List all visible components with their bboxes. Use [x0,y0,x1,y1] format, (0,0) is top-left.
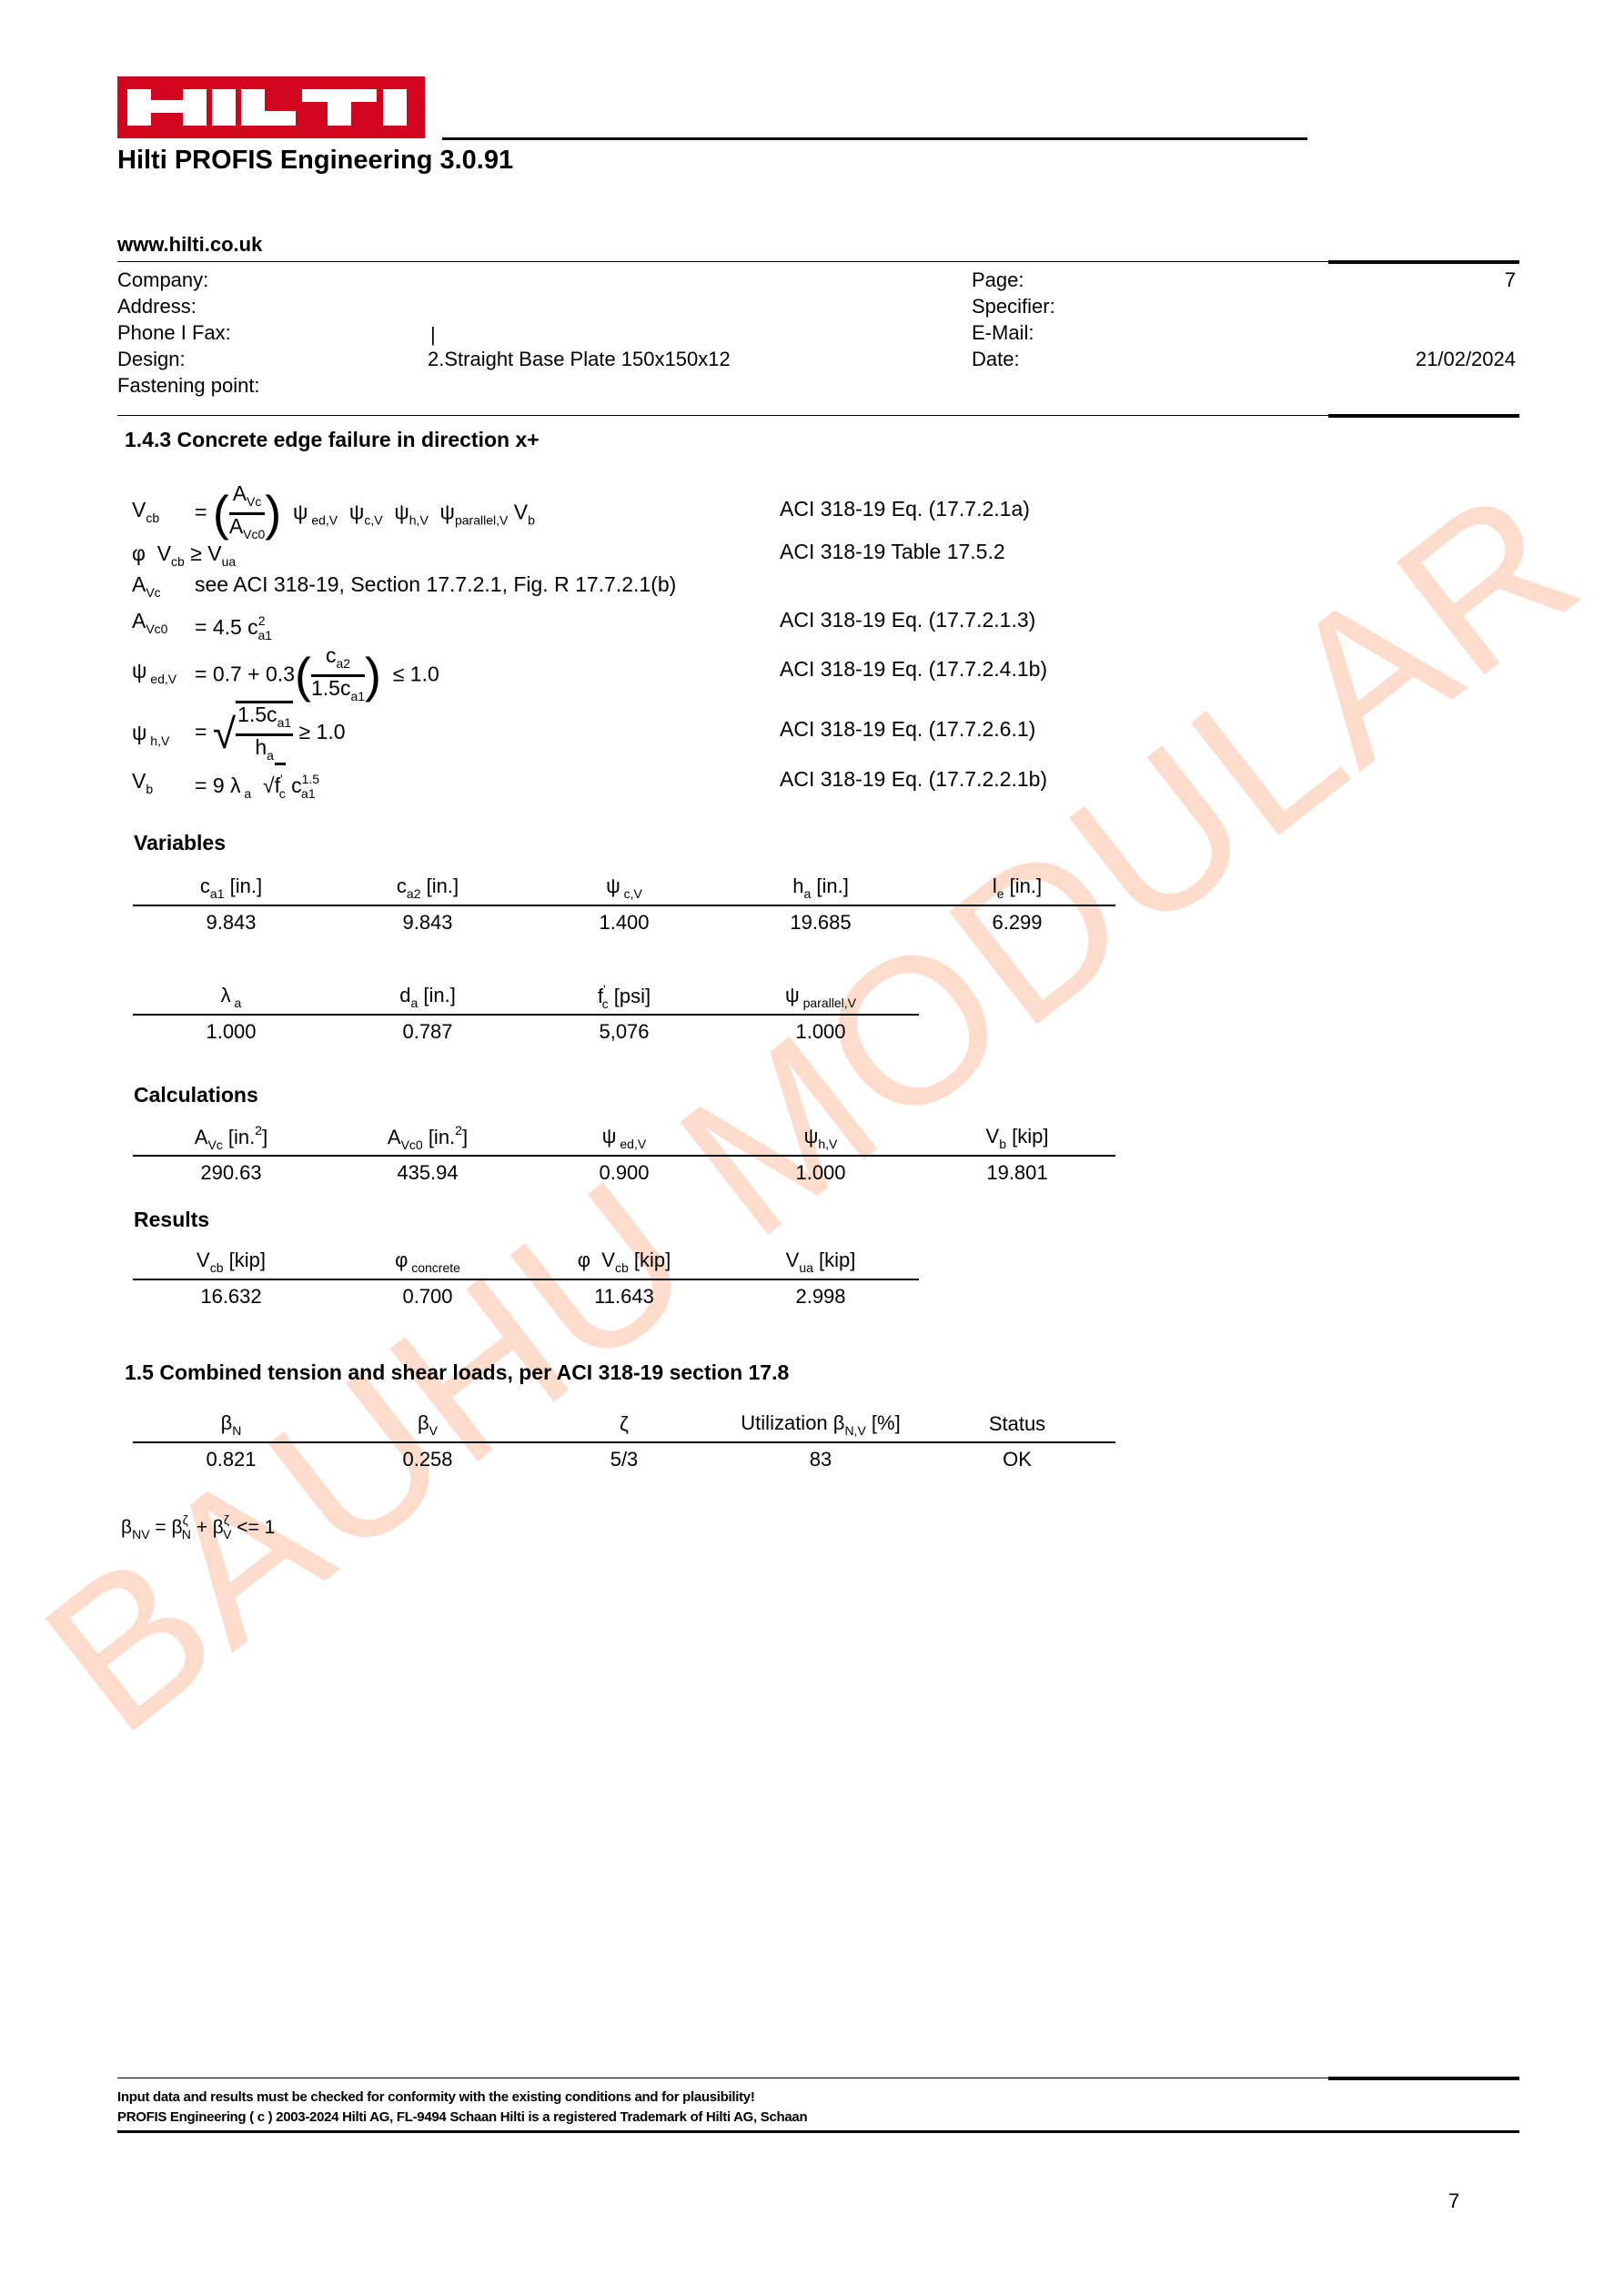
value-psi-parallel: 1.000 [722,1015,919,1046]
header-beta-v: βV [329,1409,526,1442]
table-row: 9.843 9.843 1.400 19.685 6.299 [133,905,1115,936]
combined-formula: βNV = βζN + βζV <= 1 [121,1506,275,1548]
meta-bottom-rule-thick [1328,414,1519,418]
value-avc0: 435.94 [329,1156,526,1187]
header-avc: AVc [in.2] [133,1122,329,1156]
equation-avc-text: see ACI 318-19, Section 17.7.2.1, Fig. R… [195,571,676,598]
equation-vcb: Vcb [132,496,159,531]
value-vua: 2.998 [722,1279,919,1310]
meta-phone-value: | [430,321,436,348]
header-phi-concrete: φ concrete [329,1246,526,1279]
ref-eq-2: ACI 318-19 Table 17.5.2 [780,540,1005,564]
value-psi-cv: 1.400 [526,905,722,936]
header-le: le [in.] [919,872,1115,905]
equation-psi-ed-expr: = 0.7 + 0.3(ca21.5ca1) ≤ 1.0 [195,644,439,707]
footer-top-rule-thick [1328,2077,1519,2080]
header-status: Status [919,1409,1115,1442]
equation-vb-expr: = 9 λ a √f'c c1.5a1 [195,763,316,807]
footer-bottom-rule [117,2130,1519,2133]
value-lambda-a: 1.000 [133,1015,329,1046]
header-ca2: ca2 [in.] [329,872,526,905]
variables-table-2: λ a da [in.] f'c [psi] ψ parallel,V 1.00… [133,981,919,1046]
psi-ed-prefix: = 0.7 + 0.3 [195,662,295,686]
section-title-15: 1.5 Combined tension and shear loads, pe… [125,1360,789,1385]
meta-company-label: Company: [117,267,208,293]
header-vb: Vb [kip] [919,1122,1115,1156]
header-fc: f'c [psi] [526,981,722,1015]
meta-design-label: Design: [117,346,186,372]
results-table: Vcb [kip] φ concrete φ Vcb [kip] Vua [ki… [133,1246,919,1310]
header-utilization: Utilization βN,V [%] [722,1409,919,1442]
value-ha: 19.685 [722,905,919,936]
meta-page-value: 7 [1337,267,1516,293]
calculations-title: Calculations [134,1083,258,1107]
meta-email-label: E-Mail: [972,319,1034,346]
header-ha: ha [in.] [722,872,919,905]
value-vb: 19.801 [919,1156,1115,1187]
avc0-coef: = 4.5 c [195,615,258,639]
ref-eq-6: ACI 318-19 Eq. (17.7.2.6.1) [780,717,1035,742]
ref-eq-4: ACI 318-19 Eq. (17.7.2.1.3) [780,608,1035,632]
header-psi-parallel: ψ parallel,V [722,981,919,1015]
app-title: Hilti PROFIS Engineering 3.0.91 [117,146,513,176]
meta-specifier-label: Specifier: [972,293,1055,319]
variables-title: Variables [134,831,226,855]
value-fc: 5,076 [526,1015,722,1046]
meta-top-rule-thick [1328,260,1519,264]
value-beta-n: 0.821 [133,1442,329,1473]
equation-vb: Vb [132,767,153,803]
header-beta-n: βN [133,1409,329,1442]
value-phi-concrete: 0.700 [329,1279,526,1310]
header-vua: Vua [kip] [722,1246,919,1279]
value-da: 0.787 [329,1015,526,1046]
equation-psi-h-expr: = √1.5ca1ha ≥ 1.0 [195,701,346,766]
meta-bottom-rule [117,415,1519,416]
leq-one: ≤ 1.0 [393,662,439,686]
meta-design-value: 2.Straight Base Plate 150x150x12 [428,346,731,372]
equation-vcb-expr: = (AVcAVc0) ψ ed,V ψc,V ψh,V ψparallel,V… [195,482,535,545]
meta-page-label: Page: [972,267,1024,293]
meta-date-value: 21/02/2024 [1337,346,1516,372]
header-zeta: ζ [526,1409,722,1442]
combined-table: βN βV ζ Utilization βN,V [%] Status 0.82… [133,1409,1115,1473]
equation-avc0: AVc0 [132,607,167,642]
header-psi-ed: ψ ed,V [526,1122,722,1156]
ref-eq-1: ACI 318-19 Eq. (17.7.2.1a) [780,497,1030,521]
meta-fastening-label: Fastening point: [117,372,260,399]
header-phi-vcb: φ Vcb [kip] [526,1246,722,1279]
footer-disclaimer: Input data and results must be checked f… [117,2089,755,2105]
value-psi-h: 1.000 [722,1156,919,1187]
ref-eq-5: ACI 318-19 Eq. (17.7.2.4.1b) [780,657,1047,682]
header-lambda-a: λ a [133,981,329,1015]
meta-top-rule [117,261,1519,262]
table-row: 1.000 0.787 5,076 1.000 [133,1015,919,1046]
value-le: 6.299 [919,905,1115,936]
ref-eq-7: ACI 318-19 Eq. (17.7.2.2.1b) [780,767,1047,792]
table-row: 16.632 0.700 11.643 2.998 [133,1279,919,1310]
calculations-table: AVc [in.2] AVc0 [in.2] ψ ed,V ψh,V Vb [k… [133,1122,1115,1187]
status-badge: OK [919,1442,1115,1473]
variables-table-1: ca1 [in.] ca2 [in.] ψ c,V ha [in.] le [i… [133,872,1115,936]
value-vcb: 16.632 [133,1279,329,1310]
meta-phone-label: Phone I Fax: [117,319,231,346]
equation-avc: AVc [132,571,161,606]
equation-psi-ed: ψ ed,V [132,657,177,693]
table-row: 0.821 0.258 5/3 83 OK [133,1442,1115,1473]
meta-date-label: Date: [972,346,1020,372]
value-ca2: 9.843 [329,905,526,936]
header-avc0: AVc0 [in.2] [329,1122,526,1156]
value-utilization: 83 [722,1442,919,1473]
header-vcb: Vcb [kip] [133,1246,329,1279]
value-psi-ed: 0.900 [526,1156,722,1187]
header-psi-cv: ψ c,V [526,872,722,905]
footer-copyright: PROFIS Engineering ( c ) 2003-2024 Hilti… [117,2109,807,2125]
equation-avc0-expr: = 4.5 c2a1 [195,607,272,649]
meta-address-label: Address: [117,293,197,319]
website-link[interactable]: www.hilti.co.uk [117,233,262,257]
hilti-logo [117,76,425,138]
header-psi-h: ψh,V [722,1122,919,1156]
value-avc: 290.63 [133,1156,329,1187]
section-title-143: 1.4.3 Concrete edge failure in direction… [125,428,540,452]
page-number: 7 [1448,2189,1459,2213]
header-rule [442,137,1307,140]
results-title: Results [134,1208,209,1232]
equation-psi-h: ψ h,V [132,719,169,754]
geq-one: ≥ 1.0 [299,720,346,743]
header-da: da [in.] [329,981,526,1015]
header-ca1: ca1 [in.] [133,872,329,905]
footer-top-rule [117,2078,1519,2078]
vb-prefix: = 9 λ [195,773,241,797]
value-ca1: 9.843 [133,905,329,936]
value-zeta: 5/3 [526,1442,722,1473]
table-row: 290.63 435.94 0.900 1.000 19.801 [133,1156,1115,1187]
value-phi-vcb: 11.643 [526,1279,722,1310]
value-beta-v: 0.258 [329,1442,526,1473]
